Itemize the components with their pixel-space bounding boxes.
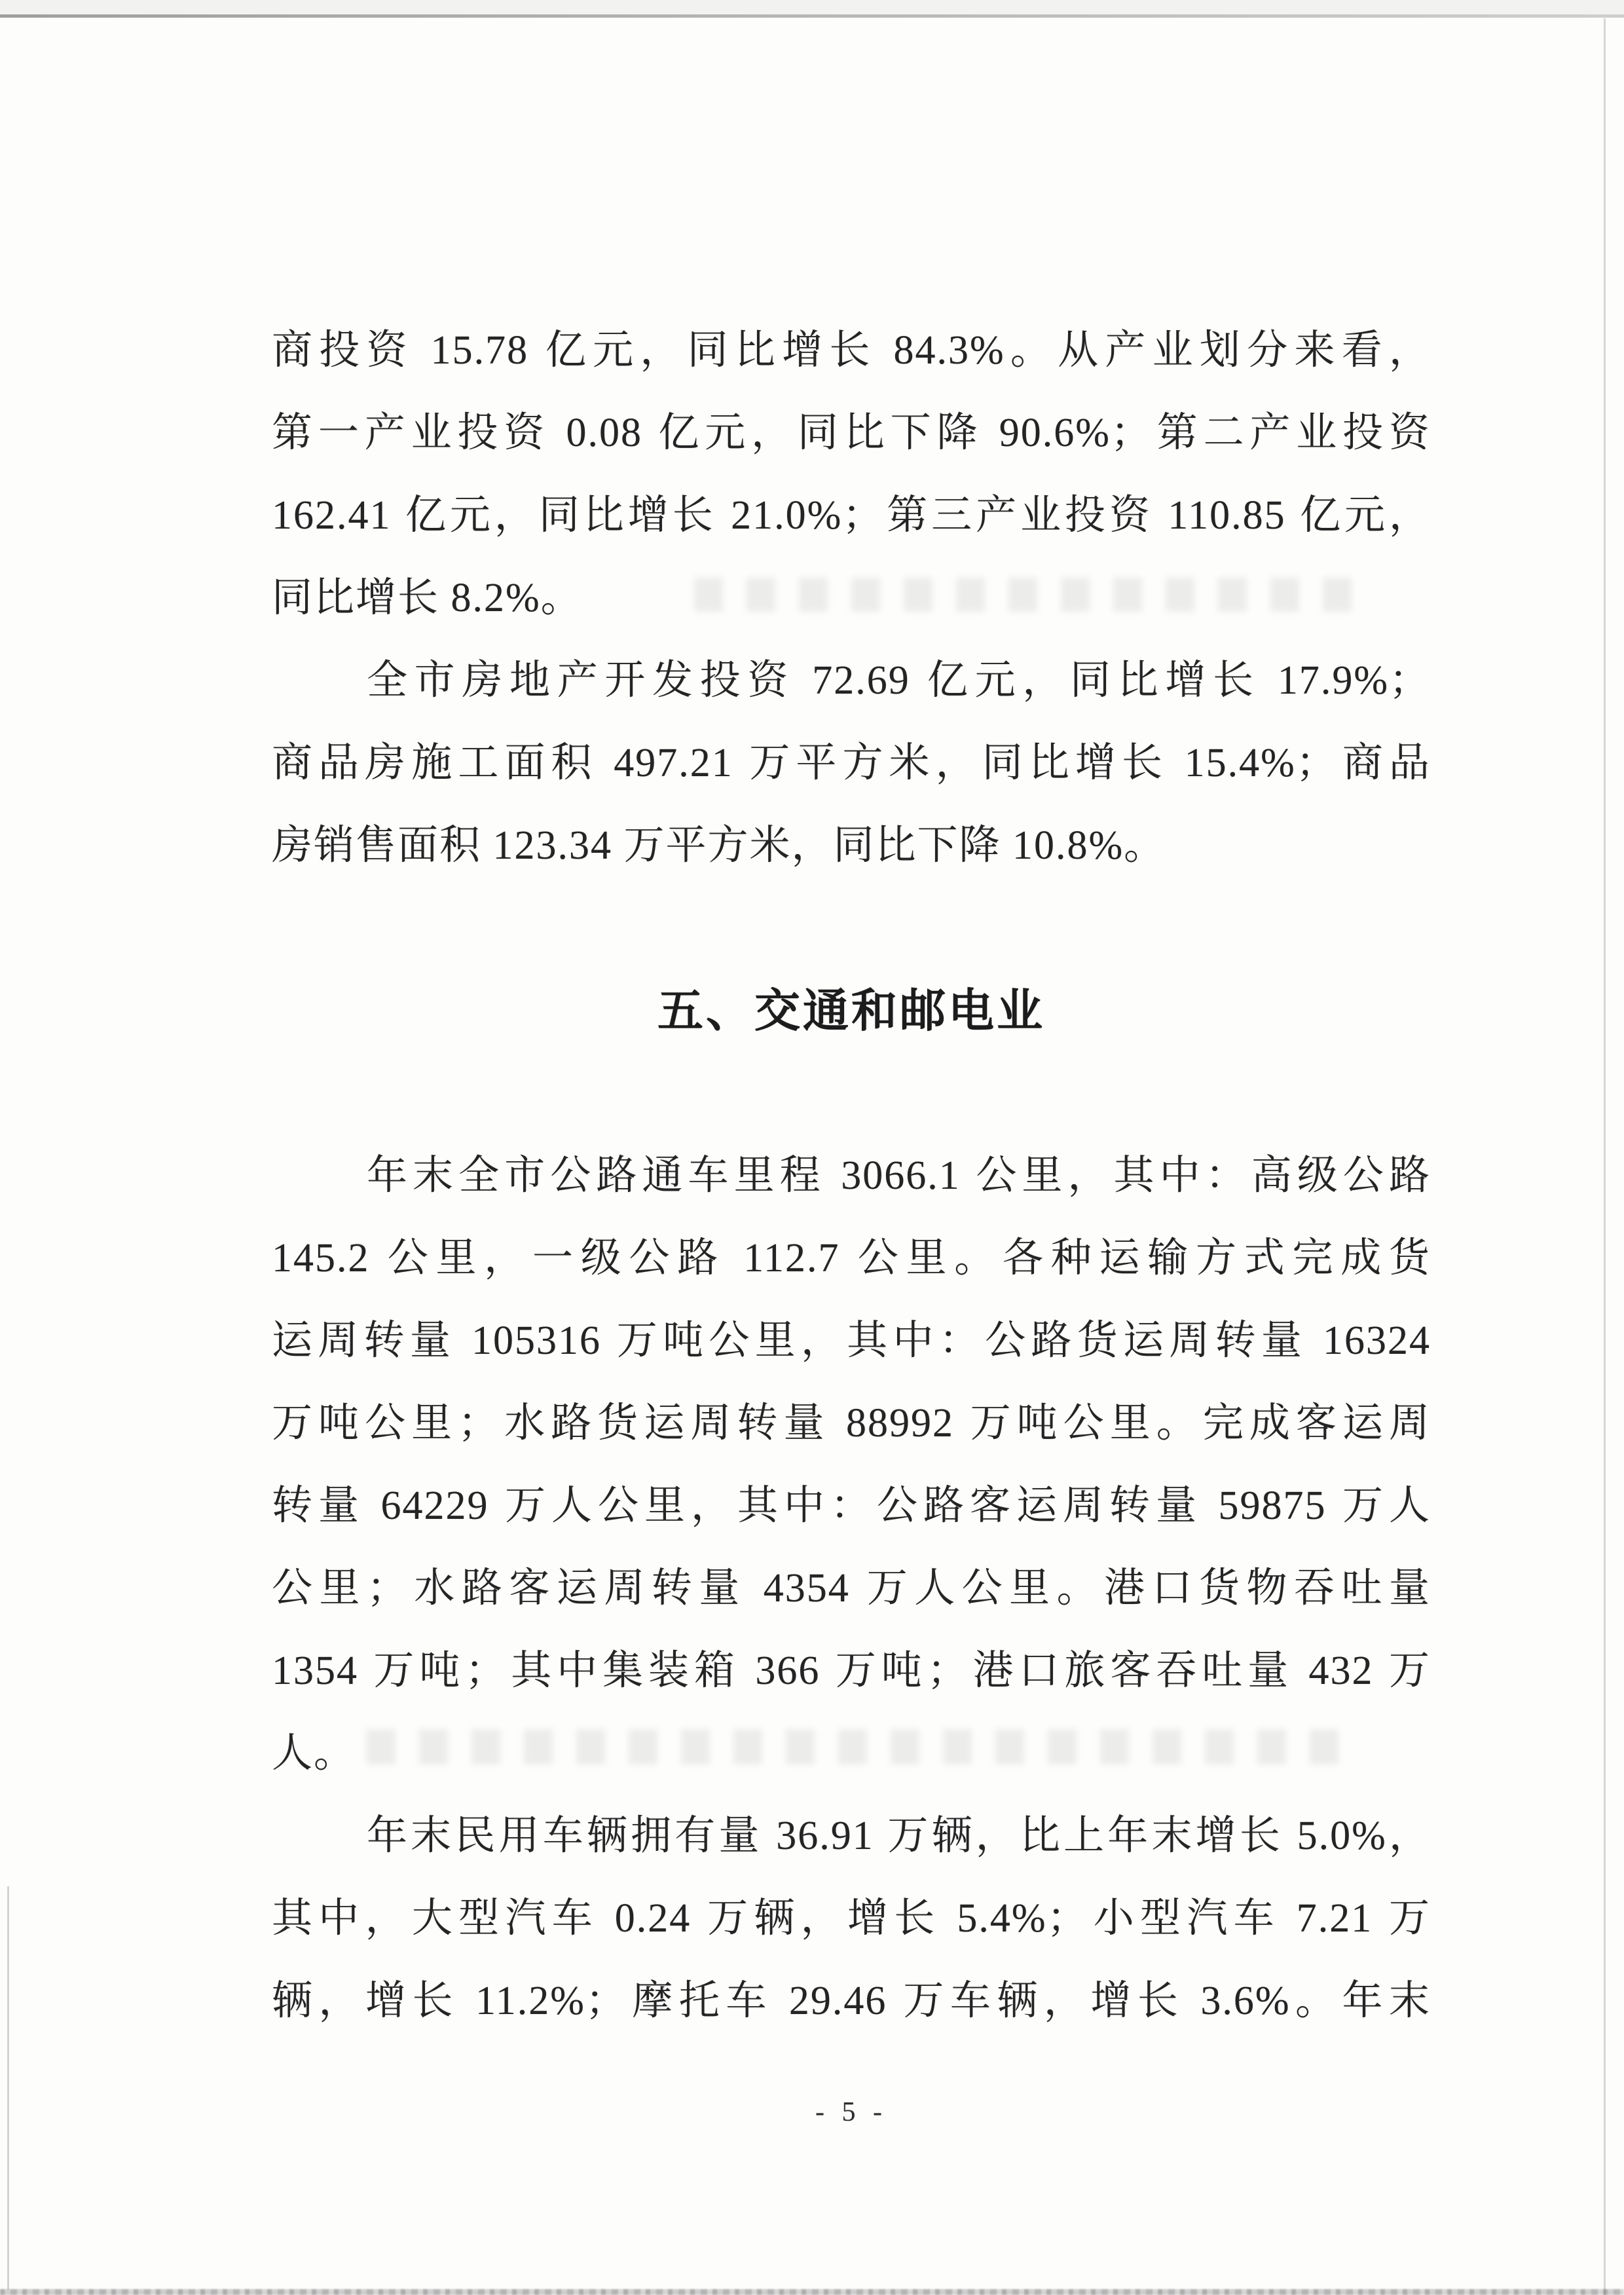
body-line: 年末全市公路通车里程 3066.1 公里，其中：高级公路 bbox=[272, 1134, 1431, 1217]
body-line: 转量 64229 万人公里，其中：公路客运周转量 59875 万人 bbox=[272, 1465, 1431, 1547]
body-line: 1354 万吨；其中集装箱 366 万吨；港口旅客吞吐量 432 万 bbox=[272, 1630, 1431, 1712]
text-block: 商投资 15.78 亿元，同比增长 84.3%。从产业划分来看， 第一产业投资 … bbox=[272, 309, 1431, 2154]
scan-bottom-edge-band bbox=[0, 2289, 1624, 2295]
body-line: 辆，增长 11.2%；摩托车 29.46 万车辆，增长 3.6%。年末 bbox=[272, 1960, 1431, 2042]
body-line: 全市房地产开发投资 72.69 亿元，同比增长 17.9%； bbox=[272, 639, 1431, 722]
body-line: 145.2 公里，一级公路 112.7 公里。各种运输方式完成货 bbox=[272, 1217, 1431, 1299]
body-line: 同比增长 8.2%。 bbox=[272, 557, 1431, 639]
body-line: 房销售面积 123.34 万平方米，同比下降 10.8%。 bbox=[272, 804, 1431, 887]
scan-left-edge-line bbox=[7, 1886, 9, 2290]
body-line: 公里；水路客运周转量 4354 万人公里。港口货物吞吐量 bbox=[272, 1547, 1431, 1630]
scan-top-edge-band bbox=[0, 0, 1624, 14]
document-page: 商投资 15.78 亿元，同比增长 84.3%。从产业划分来看， 第一产业投资 … bbox=[0, 0, 1624, 2295]
body-line: 运周转量 105316 万吨公里，其中：公路货运周转量 16324 bbox=[272, 1299, 1431, 1382]
section-heading: 五、交通和邮电业 bbox=[272, 969, 1431, 1052]
scan-right-edge-line bbox=[1604, 18, 1606, 2295]
body-line: 162.41 亿元，同比增长 21.0%；第三产业投资 110.85 亿元， bbox=[272, 474, 1431, 557]
body-line: 第一产业投资 0.08 亿元，同比下降 90.6%；第二产业投资 bbox=[272, 392, 1431, 474]
body-line: 其中，大型汽车 0.24 万辆，增长 5.4%；小型汽车 7.21 万 bbox=[272, 1877, 1431, 1960]
body-line: 年末民用车辆拥有量 36.91 万辆，比上年末增长 5.0%， bbox=[272, 1795, 1431, 1877]
body-line: 商投资 15.78 亿元，同比增长 84.3%。从产业划分来看， bbox=[272, 309, 1431, 392]
body-line: 万吨公里；水路货运周转量 88992 万吨公里。完成客运周 bbox=[272, 1382, 1431, 1465]
body-line: 人。 bbox=[272, 1712, 1431, 1795]
body-line: 商品房施工面积 497.21 万平方米，同比增长 15.4%；商品 bbox=[272, 722, 1431, 804]
scan-top-edge-line bbox=[0, 14, 1624, 18]
page-number: - 5 - bbox=[272, 2071, 1431, 2154]
